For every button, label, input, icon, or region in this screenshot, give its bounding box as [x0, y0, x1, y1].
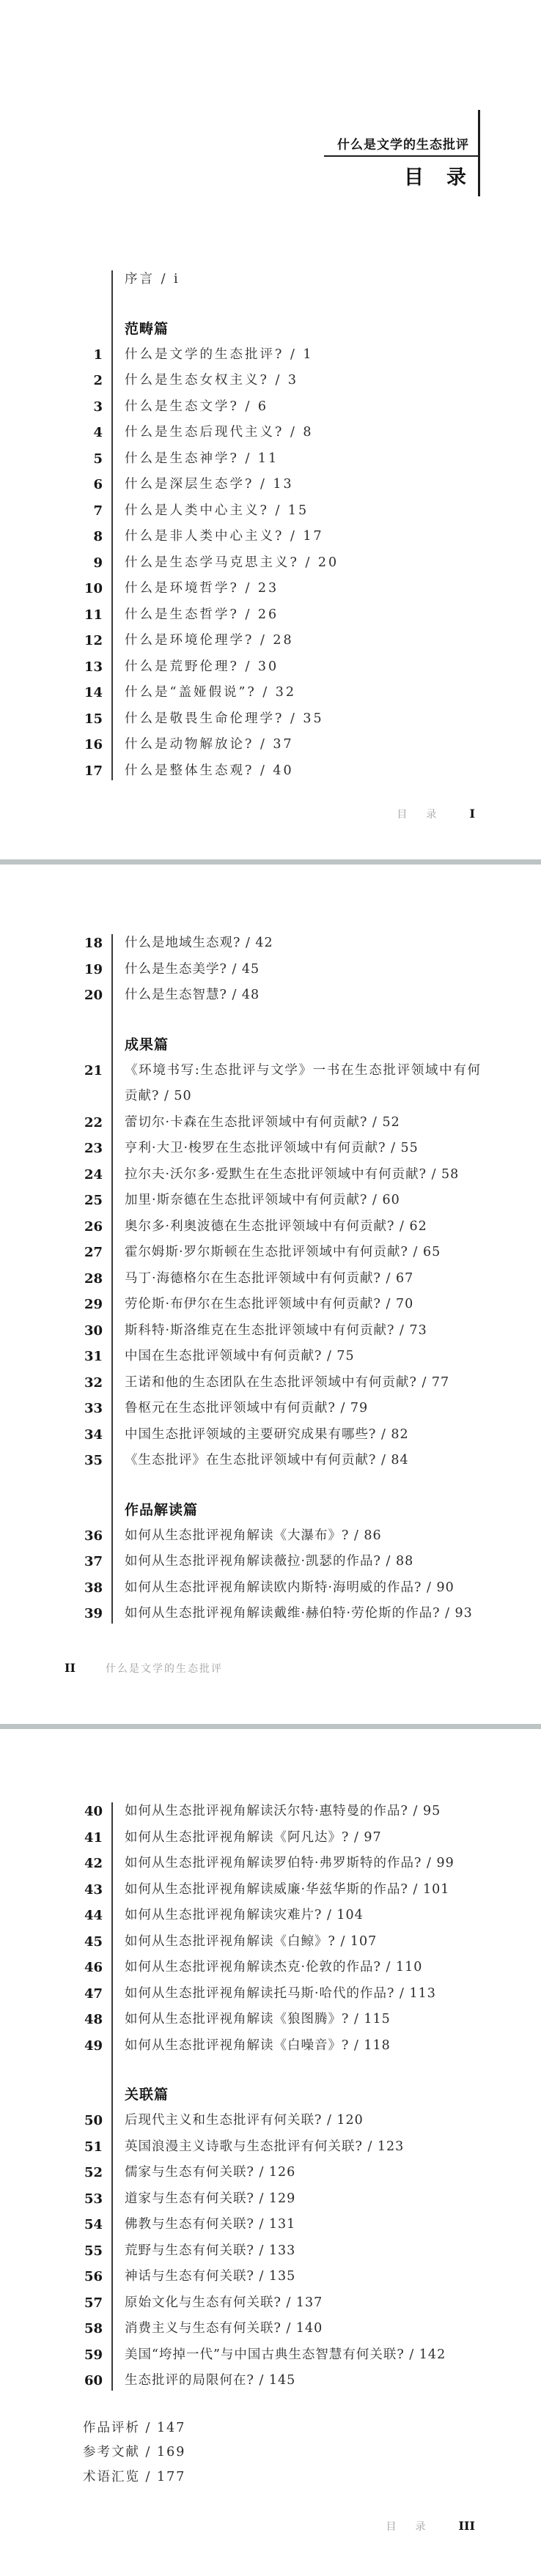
toc-entry: 58消费主义与生态有何关联? / 140 [0, 2316, 541, 2342]
toc-entry: 51英国浪漫主义诗歌与生态批评有何关联? / 123 [0, 2134, 541, 2161]
entry-number: 43 [0, 1877, 103, 1903]
toc-entry: 55荒野与生态有何关联? / 133 [0, 2238, 541, 2265]
entry-title: 拉尔夫·沃尔多·爱默生在生态批评领域中有何贡献? / 58 [125, 1162, 541, 1188]
toc-entry: 19什么是生态美学? / 45 [0, 957, 541, 983]
entry-number: 5 [0, 446, 103, 473]
entry-title: 奥尔多·利奥波德在生态批评领域中有何贡献? / 62 [125, 1214, 541, 1240]
entry-title: 什么是生态智慧? / 48 [125, 982, 541, 1009]
entry-title: 什么是敬畏生命伦理学? / 35 [125, 706, 541, 733]
toc-entry: 11什么是生态哲学? / 26 [0, 602, 541, 629]
entry-title: 什么是荒野伦理? / 30 [125, 654, 541, 681]
entry-number: 40 [0, 1799, 103, 1825]
entry-number: 28 [0, 1266, 103, 1292]
toc-entry: 7什么是人类中心主义? / 15 [0, 498, 541, 525]
entry-title: 什么是深层生态学? / 13 [125, 472, 541, 498]
entry-title: 斯科特·斯洛维克在生态批评领域中有何贡献? / 73 [125, 1318, 541, 1344]
toc-entry: 52儒家与生态有何关联? / 126 [0, 2160, 541, 2186]
entry-title: 亨利·大卫·梭罗在生态批评领域中有何贡献? / 55 [125, 1136, 541, 1162]
entry-number: 12 [0, 628, 103, 654]
entry-title: 什么是地域生态观? / 42 [125, 930, 541, 957]
entry-number: 50 [0, 2108, 103, 2134]
entry-title: 什么是文学的生态批评? / 1 [125, 342, 541, 369]
toc-entry: 49如何从生态批评视角解读《白噪音》? / 118 [0, 2033, 541, 2059]
running-book-title: 什么是文学的生态批评 [337, 134, 469, 152]
section-heading: 作品解读篇 [125, 1497, 541, 1523]
backmatter-list: 作品评析 / 147参考文献 / 169术语汇览 / 177 [83, 2416, 541, 2490]
entry-number: 58 [0, 2316, 103, 2342]
entry-title: 后现代主义和生态批评有何关联? / 120 [125, 2108, 541, 2134]
entry-title: 如何从生态批评视角解读《白鲸》? / 107 [125, 1929, 541, 1955]
toc-entry: 37如何从生态批评视角解读薇拉·凯瑟的作品? / 88 [0, 1549, 541, 1575]
entry-title: 如何从生态批评视角解读薇拉·凯瑟的作品? / 88 [125, 1549, 541, 1575]
toc-entry: 10什么是环境哲学? / 23 [0, 576, 541, 602]
toc-entry: 54佛教与生态有何关联? / 131 [0, 2212, 541, 2238]
section-heading: 成果篇 [125, 1032, 541, 1058]
entry-number: 17 [0, 758, 103, 785]
toc-entry: 18什么是地域生态观? / 42 [0, 930, 541, 957]
page-footer: 目 录 III [386, 2519, 475, 2534]
toc-entry: 41如何从生态批评视角解读《阿凡达》? / 97 [0, 1825, 541, 1851]
toc-entry: 15什么是敬畏生命伦理学? / 35 [0, 706, 541, 733]
entry-number: 45 [0, 1929, 103, 1955]
entry-title: 美国“垮掉一代”与中国古典生态智慧有何关联? / 142 [125, 2342, 541, 2369]
toc-entry: 31中国在生态批评领域中有何贡献? / 75 [0, 1344, 541, 1370]
entry-title: 如何从生态批评视角解读托马斯·哈代的作品? / 113 [125, 1981, 541, 2007]
toc-entry: 29劳伦斯·布伊尔在生态批评领域中有何贡献? / 70 [0, 1292, 541, 1318]
entry-number: 25 [0, 1188, 103, 1214]
footer-section-label: 目 录 [386, 2521, 430, 2533]
toc-document: 什么是文学的生态批评 目 录 序言 / i范畴篇1什么是文学的生态批评? / 1… [0, 0, 541, 2576]
toc-entry: 3什么是生态文学? / 6 [0, 394, 541, 421]
toc-entry: 22蕾切尔·卡森在生态批评领域中有何贡献? / 52 [0, 1110, 541, 1136]
entry-title: 什么是环境伦理学? / 28 [125, 628, 541, 654]
toc-list: 18什么是地域生态观? / 4219什么是生态美学? / 4520什么是生态智慧… [0, 930, 541, 1627]
entry-number: 11 [0, 602, 103, 629]
entry-number: 14 [0, 680, 103, 706]
entry-number: 31 [0, 1344, 103, 1370]
page-footer: 目 录 I [397, 807, 475, 821]
entry-number: 2 [0, 368, 103, 394]
entry-number: 21 [0, 1058, 103, 1084]
entry-number: 35 [0, 1448, 103, 1474]
toc-entry: 20什么是生态智慧? / 48 [0, 982, 541, 1009]
entry-title: 荒野与生态有何关联? / 133 [125, 2238, 541, 2265]
toc-page-2: 18什么是地域生态观? / 4219什么是生态美学? / 4520什么是生态智慧… [0, 865, 541, 1724]
backmatter-item: 参考文献 / 169 [83, 2440, 541, 2465]
toc-entry: 6什么是深层生态学? / 13 [0, 472, 541, 498]
toc-entry: 60生态批评的局限何在? / 145 [0, 2368, 541, 2394]
toc-entry: 48如何从生态批评视角解读《狼图腾》? / 115 [0, 2007, 541, 2033]
entry-title: 什么是生态美学? / 45 [125, 957, 541, 983]
entry-title: 如何从生态批评视角解读《狼图腾》? / 115 [125, 2007, 541, 2033]
toc-entry: 30斯科特·斯洛维克在生态批评领域中有何贡献? / 73 [0, 1318, 541, 1344]
toc-list: 序言 / i范畴篇1什么是文学的生态批评? / 12什么是生态女权主义? / 3… [0, 267, 541, 784]
entry-number: 3 [0, 394, 103, 421]
toc-entry: 26奥尔多·利奥波德在生态批评领域中有何贡献? / 62 [0, 1214, 541, 1240]
footer-folio: II [65, 1661, 76, 1675]
entry-number: 37 [0, 1549, 103, 1575]
entry-number: 10 [0, 576, 103, 602]
toc-entry: 47如何从生态批评视角解读托马斯·哈代的作品? / 113 [0, 1981, 541, 2007]
entry-title: 英国浪漫主义诗歌与生态批评有何关联? / 123 [125, 2134, 541, 2161]
entry-title: 什么是整体生态观? / 40 [125, 758, 541, 785]
toc-entry: 59美国“垮掉一代”与中国古典生态智慧有何关联? / 142 [0, 2342, 541, 2369]
entry-number: 9 [0, 550, 103, 577]
entry-number: 52 [0, 2160, 103, 2186]
backmatter-item: 术语汇览 / 177 [83, 2465, 541, 2490]
entry-number: 46 [0, 1955, 103, 1981]
entry-title: 什么是生态神学? / 11 [125, 446, 541, 473]
entry-number: 53 [0, 2186, 103, 2213]
entry-title: 如何从生态批评视角解读威廉·华兹华斯的作品? / 101 [125, 1877, 541, 1903]
entry-title: 王诺和他的生态团队在生态批评领域中有何贡献? / 77 [125, 1370, 541, 1396]
entry-title: 如何从生态批评视角解读《白噪音》? / 118 [125, 2033, 541, 2059]
toc-entry: 56神话与生态有何关联? / 135 [0, 2264, 541, 2290]
toc-entry: 14什么是“盖娅假说”? / 32 [0, 680, 541, 706]
entry-number: 55 [0, 2238, 103, 2265]
footer-book-title: 什么是文学的生态批评 [106, 1663, 223, 1675]
entry-title: 原始文化与生态有何关联? / 137 [125, 2290, 541, 2317]
entry-number: 30 [0, 1318, 103, 1344]
entry-title: 什么是非人类中心主义? / 17 [125, 524, 541, 550]
toc-entry: 21《环境书写:生态批评与文学》一书在生态批评领域中有何贡献? / 50 [0, 1058, 541, 1110]
footer-section-label: 目 录 [397, 809, 441, 821]
entry-title: 什么是“盖娅假说”? / 32 [125, 680, 541, 706]
entry-number: 54 [0, 2212, 103, 2238]
entry-number: 44 [0, 1903, 103, 1929]
entry-number: 48 [0, 2007, 103, 2033]
toc-entry: 25加里·斯奈德在生态批评领域中有何贡献? / 60 [0, 1188, 541, 1214]
toc-page-1: 什么是文学的生态批评 目 录 序言 / i范畴篇1什么是文学的生态批评? / 1… [0, 0, 541, 859]
entry-title: 如何从生态批评视角解读欧内斯特·海明威的作品? / 90 [125, 1575, 541, 1602]
entry-number: 15 [0, 706, 103, 733]
entry-title: 儒家与生态有何关联? / 126 [125, 2160, 541, 2186]
toc-entry: 38如何从生态批评视角解读欧内斯特·海明威的作品? / 90 [0, 1575, 541, 1602]
header-corner-bar [478, 110, 480, 196]
entry-title: 《环境书写:生态批评与文学》一书在生态批评领域中有何贡献? / 50 [125, 1058, 541, 1110]
toc-page-3: 40如何从生态批评视角解读沃尔特·惠特曼的作品? / 9541如何从生态批评视角… [0, 1729, 541, 2576]
entry-number: 1 [0, 342, 103, 369]
entry-number: 49 [0, 2033, 103, 2059]
page-footer: II 什么是文学的生态批评 [65, 1661, 223, 1676]
entry-number: 32 [0, 1370, 103, 1396]
entry-title: 马丁·海德格尔在生态批评领域中有何贡献? / 67 [125, 1266, 541, 1292]
toc-entry: 57原始文化与生态有何关联? / 137 [0, 2290, 541, 2317]
entry-title: 如何从生态批评视角解读灾难片? / 104 [125, 1903, 541, 1929]
entry-title: 什么是生态哲学? / 26 [125, 602, 541, 629]
footer-folio: I [470, 807, 475, 821]
entry-number: 4 [0, 420, 103, 446]
toc-entry: 32王诺和他的生态团队在生态批评领域中有何贡献? / 77 [0, 1370, 541, 1396]
entry-title: 如何从生态批评视角解读《阿凡达》? / 97 [125, 1825, 541, 1851]
entry-number: 22 [0, 1110, 103, 1136]
entry-title: 什么是动物解放论? / 37 [125, 732, 541, 758]
toc-entry: 34中国生态批评领域的主要研究成果有哪些? / 82 [0, 1422, 541, 1448]
entry-number: 7 [0, 498, 103, 525]
entry-number: 6 [0, 472, 103, 498]
entry-title: 神话与生态有何关联? / 135 [125, 2264, 541, 2290]
entry-title: 蕾切尔·卡森在生态批评领域中有何贡献? / 52 [125, 1110, 541, 1136]
entry-number: 8 [0, 524, 103, 550]
backmatter-item: 作品评析 / 147 [83, 2416, 541, 2441]
toc-entry: 27霍尔姆斯·罗尔斯顿在生态批评领域中有何贡献? / 65 [0, 1240, 541, 1266]
toc-entry: 53道家与生态有何关联? / 129 [0, 2186, 541, 2213]
preface-row: 序言 / i [0, 267, 541, 293]
toc-entry: 40如何从生态批评视角解读沃尔特·惠特曼的作品? / 95 [0, 1799, 541, 1825]
entry-title: 什么是生态学马克思主义? / 20 [125, 550, 541, 577]
entry-title: 如何从生态批评视角解读杰克·伦敦的作品? / 110 [125, 1955, 541, 1981]
toc-entry: 5什么是生态神学? / 11 [0, 446, 541, 473]
toc-list: 40如何从生态批评视角解读沃尔特·惠特曼的作品? / 9541如何从生态批评视角… [0, 1799, 541, 2394]
toc-entry: 45如何从生态批评视角解读《白鲸》? / 107 [0, 1929, 541, 1955]
toc-entry: 16什么是动物解放论? / 37 [0, 732, 541, 758]
entry-title: 什么是生态女权主义? / 3 [125, 368, 541, 394]
entry-title: 霍尔姆斯·罗尔斯顿在生态批评领域中有何贡献? / 65 [125, 1240, 541, 1266]
page-separator [0, 859, 541, 865]
toc-entry: 39如何从生态批评视角解读戴维·赫伯特·劳伦斯的作品? / 93 [0, 1601, 541, 1627]
toc-entry: 43如何从生态批评视角解读威廉·华兹华斯的作品? / 101 [0, 1877, 541, 1903]
entry-number: 24 [0, 1162, 103, 1188]
toc-entry: 33鲁枢元在生态批评领域中有何贡献? / 79 [0, 1396, 541, 1422]
page-separator [0, 1724, 541, 1729]
entry-number: 33 [0, 1396, 103, 1422]
entry-title: 中国生态批评领域的主要研究成果有哪些? / 82 [125, 1422, 541, 1448]
entry-number: 36 [0, 1523, 103, 1550]
entry-number: 56 [0, 2264, 103, 2290]
entry-title: 什么是生态文学? / 6 [125, 394, 541, 421]
entry-number: 59 [0, 2342, 103, 2369]
entry-title: 如何从生态批评视角解读戴维·赫伯特·劳伦斯的作品? / 93 [125, 1601, 541, 1627]
entry-title: 什么是人类中心主义? / 15 [125, 498, 541, 525]
entry-number: 20 [0, 982, 103, 1009]
entry-title: 如何从生态批评视角解读罗伯特·弗罗斯特的作品? / 99 [125, 1851, 541, 1877]
entry-number: 39 [0, 1601, 103, 1627]
section-heading: 范畴篇 [125, 316, 541, 342]
section-heading: 关联篇 [125, 2081, 541, 2108]
entry-title: 如何从生态批评视角解读《大瀑布》? / 86 [125, 1523, 541, 1550]
entry-number: 16 [0, 732, 103, 758]
entry-title: 道家与生态有何关联? / 129 [125, 2186, 541, 2213]
entry-number: 29 [0, 1292, 103, 1318]
toc-entry: 8什么是非人类中心主义? / 17 [0, 524, 541, 550]
footer-folio: III [459, 2519, 475, 2533]
toc-entry: 23亨利·大卫·梭罗在生态批评领域中有何贡献? / 55 [0, 1136, 541, 1162]
entry-number: 18 [0, 930, 103, 957]
entry-number: 23 [0, 1136, 103, 1162]
toc-entry: 36如何从生态批评视角解读《大瀑布》? / 86 [0, 1523, 541, 1550]
toc-entry: 1什么是文学的生态批评? / 1 [0, 342, 541, 369]
toc-entry: 12什么是环境伦理学? / 28 [0, 628, 541, 654]
toc-entry: 28马丁·海德格尔在生态批评领域中有何贡献? / 67 [0, 1266, 541, 1292]
entry-number: 34 [0, 1422, 103, 1448]
toc-heading: 目 录 [404, 161, 468, 190]
entry-number: 60 [0, 2368, 103, 2394]
entry-number: 41 [0, 1825, 103, 1851]
entry-number: 38 [0, 1575, 103, 1602]
toc-entry: 50后现代主义和生态批评有何关联? / 120 [0, 2108, 541, 2134]
entry-number: 26 [0, 1214, 103, 1240]
header-rule [324, 155, 479, 157]
entry-number: 19 [0, 957, 103, 983]
entry-title: 什么是生态后现代主义? / 8 [125, 420, 541, 446]
toc-entry: 2什么是生态女权主义? / 3 [0, 368, 541, 394]
toc-entry: 46如何从生态批评视角解读杰克·伦敦的作品? / 110 [0, 1955, 541, 1981]
entry-title: 中国在生态批评领域中有何贡献? / 75 [125, 1344, 541, 1370]
entry-title: 加里·斯奈德在生态批评领域中有何贡献? / 60 [125, 1188, 541, 1214]
toc-entry: 4什么是生态后现代主义? / 8 [0, 420, 541, 446]
toc-entry: 13什么是荒野伦理? / 30 [0, 654, 541, 681]
toc-entry: 9什么是生态学马克思主义? / 20 [0, 550, 541, 577]
entry-number: 47 [0, 1981, 103, 2007]
entry-title: 佛教与生态有何关联? / 131 [125, 2212, 541, 2238]
entry-number: 27 [0, 1240, 103, 1266]
toc-entry: 44如何从生态批评视角解读灾难片? / 104 [0, 1903, 541, 1929]
entry-number: 57 [0, 2290, 103, 2317]
entry-title: 劳伦斯·布伊尔在生态批评领域中有何贡献? / 70 [125, 1292, 541, 1318]
entry-title: 鲁枢元在生态批评领域中有何贡献? / 79 [125, 1396, 541, 1422]
entry-title: 《生态批评》在生态批评领域中有何贡献? / 84 [125, 1448, 541, 1474]
toc-entry: 17什么是整体生态观? / 40 [0, 758, 541, 785]
entry-title: 什么是环境哲学? / 23 [125, 576, 541, 602]
entry-title: 如何从生态批评视角解读沃尔特·惠特曼的作品? / 95 [125, 1799, 541, 1825]
entry-title: 序言 / i [125, 267, 541, 293]
entry-number: 42 [0, 1851, 103, 1877]
entry-title: 生态批评的局限何在? / 145 [125, 2368, 541, 2394]
entry-title: 消费主义与生态有何关联? / 140 [125, 2316, 541, 2342]
entry-number: 13 [0, 654, 103, 681]
toc-entry: 42如何从生态批评视角解读罗伯特·弗罗斯特的作品? / 99 [0, 1851, 541, 1877]
entry-number: 51 [0, 2134, 103, 2161]
toc-entry: 35《生态批评》在生态批评领域中有何贡献? / 84 [0, 1448, 541, 1474]
toc-entry: 24拉尔夫·沃尔多·爱默生在生态批评领域中有何贡献? / 58 [0, 1162, 541, 1188]
